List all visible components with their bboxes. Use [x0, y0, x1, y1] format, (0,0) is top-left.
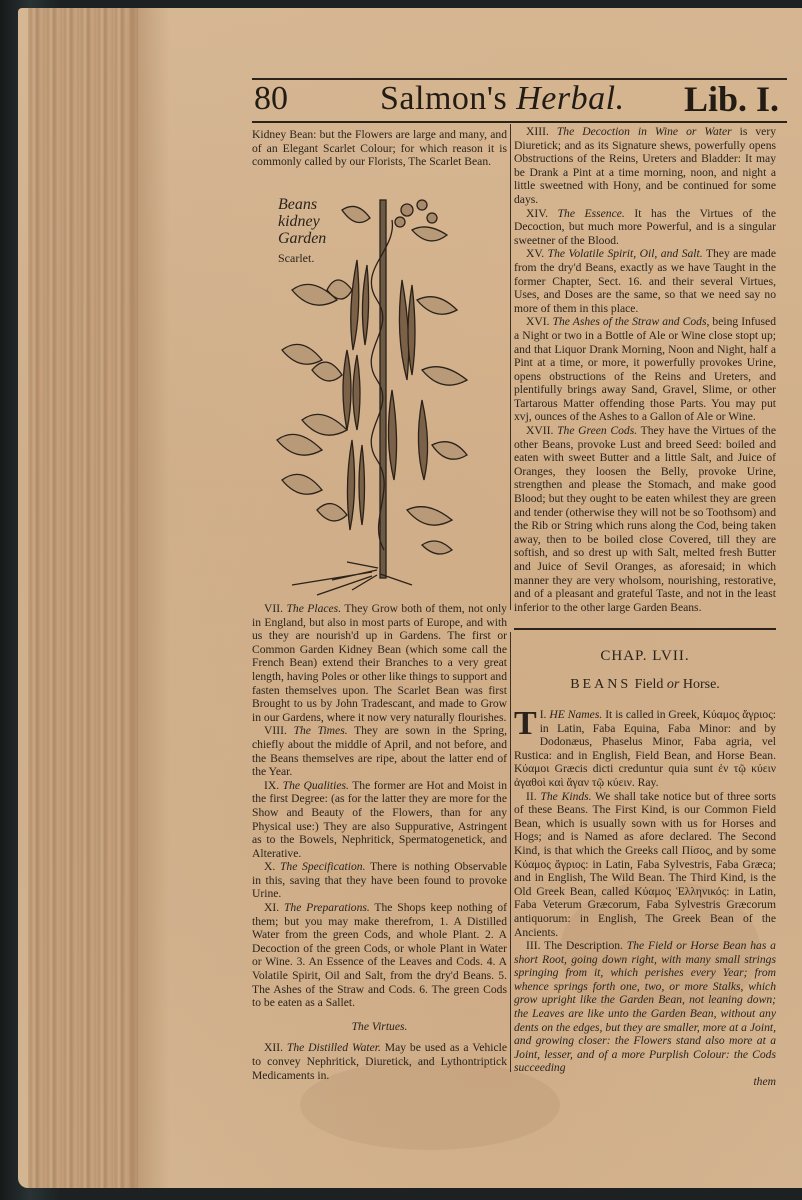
header-bottom-rule — [252, 121, 787, 123]
chapter-rule — [514, 628, 776, 630]
virtues-heading: The Virtues. — [252, 1020, 507, 1034]
section-xi: XI. The Preparations. The Shops keep not… — [252, 901, 507, 1010]
label-line: kidney — [278, 213, 326, 230]
illustration-label: Beans kidney Garden Scarlet. — [278, 196, 326, 267]
catchword: them — [514, 1075, 776, 1089]
section-xvi: XVI. The Ashes of the Straw and Cods, be… — [514, 315, 776, 424]
page-fore-edges — [28, 8, 138, 1188]
column-divider — [510, 124, 511, 610]
running-title: Salmon's Herbal. — [380, 80, 625, 118]
section-viii: VIII. The Times. They are sown in the Sp… — [252, 724, 507, 778]
section-xii: XII. The Distilled Water. May be used as… — [252, 1041, 507, 1082]
chapter-heading: CHAP. LVII. — [514, 648, 776, 665]
right-column-lower: I. THE Names. It is called in Greek, Κύα… — [514, 708, 776, 1089]
section-ix: IX. The Qualities. The former are Hot an… — [252, 779, 507, 861]
section-i: I. THE Names. It is called in Greek, Κύα… — [514, 708, 776, 790]
label-line: Garden — [278, 230, 326, 247]
title-roman: Salmon's — [380, 80, 507, 117]
column-divider — [510, 632, 511, 1072]
section-iii: III. The Description. The Field or Horse… — [514, 939, 776, 1075]
section-x: X. The Specification. There is nothing O… — [252, 860, 507, 901]
left-column-top: Kidney Bean: but the Flowers are large a… — [252, 128, 507, 169]
page-number: 80 — [254, 80, 288, 118]
book-number: Lib. I. — [684, 78, 779, 120]
section-xiv: XIV. The Essence. It has the Virtues of … — [514, 207, 776, 248]
label-line: Beans — [278, 196, 326, 213]
section-xv: XV. The Volatile Spirit, Oil, and Salt. … — [514, 247, 776, 315]
running-header: 80 Salmon's Herbal. Lib. I. — [252, 78, 787, 120]
chapter-subtitle: BEANS Field or Horse. — [514, 677, 776, 693]
continuation-paragraph: Kidney Bean: but the Flowers are large a… — [252, 128, 507, 169]
section-xvii: XVII. The Green Cods. They have the Virt… — [514, 424, 776, 614]
page-edge-shadow — [130, 8, 170, 1188]
drop-cap: T — [514, 710, 537, 738]
section-ii: II. The Kinds. We shall take notice but … — [514, 790, 776, 940]
right-column-upper: XIII. The Decoction in Wine or Water is … — [514, 125, 776, 614]
title-italic: Herbal. — [516, 80, 624, 117]
section-vii: VII. The Places. They Grow both of them,… — [252, 602, 507, 724]
label-line: Scarlet. — [278, 250, 326, 267]
section-xiii: XIII. The Decoction in Wine or Water is … — [514, 125, 776, 207]
bean-plant-woodcut: Beans kidney Garden Scarlet. — [272, 190, 472, 600]
left-column: VII. The Places. They Grow both of them,… — [252, 602, 507, 1082]
